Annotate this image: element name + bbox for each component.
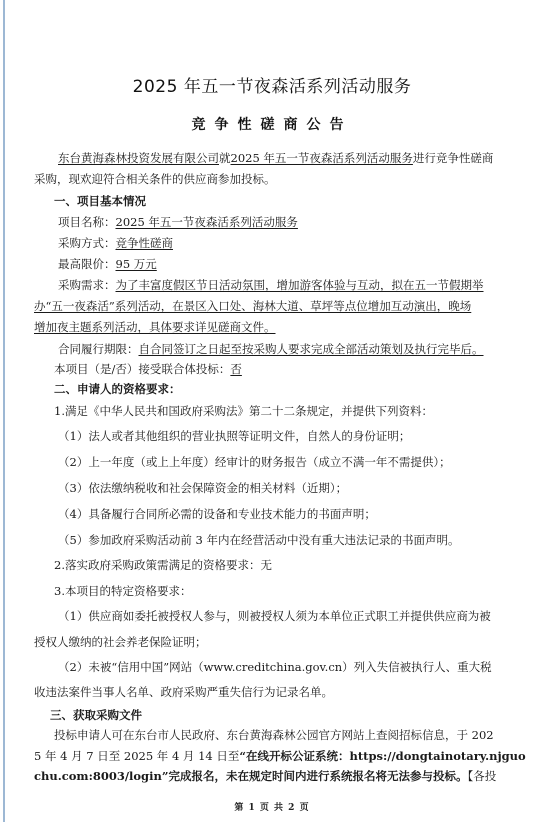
max-price-row: 最高限价：95 万元 bbox=[58, 256, 538, 272]
registration-dates: 5 年 4 月 7 日至 2025 年 4 月 14 日至 bbox=[34, 749, 239, 763]
document-title: 2025 年五一节夜森活系列活动服务 bbox=[0, 72, 544, 97]
requirement-value-3: 增加夜主题系列活动，具体要求详见磋商文件。 bbox=[34, 319, 514, 335]
procurement-method-row: 采购方式：竞争性磋商 bbox=[58, 235, 538, 251]
consortium-label: 本项目（是/否）接受联合体投标： bbox=[54, 362, 230, 376]
obtain-docs-line-2: 5 年 4 月 7 日至 2025 年 4 月 14 日至“在线开标公证系统：h… bbox=[34, 748, 514, 764]
obtain-docs-line-1: 投标申请人可在东台市人民政府、东台黄海森林公园官方网站上查阅招标信息，于 202 bbox=[54, 727, 534, 743]
requirement-value-2: 办“五一夜森活”系列活动，在景区入口处、海林大道、草坪等点位增加互动演出，晚场 bbox=[34, 298, 514, 314]
project-name-label: 项目名称： bbox=[58, 215, 116, 229]
consortium-row: 本项目（是/否）接受联合体投标：否 bbox=[54, 361, 534, 377]
intro-project-name: 2025 年五一节夜森活系列活动服务 bbox=[231, 151, 413, 165]
project-name-value: 2025 年五一节夜森活系列活动服务 bbox=[116, 215, 298, 229]
requirement-row: 采购需求：为了丰富度假区节日活动氛围，增加游客体验与互动，拟在五一节假期举 bbox=[58, 277, 538, 293]
purchaser-name: 东台黄海森林投资发展有限公司 bbox=[58, 151, 219, 165]
intro-line-1: 东台黄海森林投资发展有限公司就2025 年五一节夜森活系列活动服务进行竞争性磋商 bbox=[58, 150, 538, 166]
registration-system-url-part1[interactable]: “在线开标公证系统：https://dongtainotary.njguo bbox=[239, 749, 525, 763]
intro-tail: 进行竞争性磋商 bbox=[413, 151, 494, 165]
requirement-label: 采购需求： bbox=[58, 278, 116, 292]
procurement-method-label: 采购方式： bbox=[58, 236, 116, 250]
qualification-sub-item-5: （5）参加政府采购活动前 3 年内在经营活动中没有重大违法记录的书面声明。 bbox=[58, 532, 538, 548]
section-3-heading: 三、获取采购文件 bbox=[50, 707, 530, 723]
project-name-row: 项目名称：2025 年五一节夜森活系列活动服务 bbox=[58, 214, 538, 230]
intro-line-2: 采购，现欢迎符合相关条件的供应商参加投标。 bbox=[34, 171, 514, 187]
contract-period-value: 自合同签订之日起至按采购人要求完成全部活动策划及执行完毕后。 bbox=[139, 342, 484, 356]
specific-requirement-2-line-2: 收违法案件当事人名单、政府采购严重失信行为记录名单。 bbox=[34, 684, 514, 700]
download-note-start: 【各投 bbox=[467, 769, 496, 783]
section-2-heading: 二、申请人的资格要求： bbox=[54, 381, 534, 397]
qualification-item-3: 3.本项目的特定资格要求： bbox=[54, 583, 534, 599]
registration-system-url-part2[interactable]: chu.com:8003/login”完成报名，未在规定时间内进行系统报名将无法… bbox=[34, 769, 467, 783]
specific-requirement-2-line-1: （2）未被“信用中国”网站（www.creditchina.gov.cn）列入失… bbox=[58, 659, 538, 675]
intro-connector: 就 bbox=[219, 151, 231, 165]
max-price-value: 95 万元 bbox=[116, 257, 157, 271]
max-price-label: 最高限价： bbox=[58, 257, 116, 271]
requirement-value-1: 为了丰富度假区节日活动氛围，增加游客体验与互动，拟在五一节假期举 bbox=[116, 278, 484, 292]
qualification-item-1: 1.满足《中华人民共和国政府采购法》第二十二条规定，并提供下列资料： bbox=[54, 403, 534, 419]
contract-period-row: 合同履行期限：自合同签订之日起至按采购人要求完成全部活动策划及执行完毕后。 bbox=[58, 341, 538, 357]
document-subtitle: 竞争性磋商公告 bbox=[0, 114, 544, 134]
qualification-sub-item-3: （3）依法缴纳税收和社会保障资金的相关材料（近期）； bbox=[58, 480, 538, 496]
consortium-value: 否 bbox=[230, 362, 242, 376]
qualification-sub-item-4: （4）具备履行合同所必需的设备和专业技术能力的书面声明； bbox=[58, 506, 538, 522]
section-1-heading: 一、项目基本情况 bbox=[54, 193, 534, 209]
specific-requirement-1-line-2: 授权人缴纳的社会养老保险证明； bbox=[34, 634, 514, 650]
contract-period-label: 合同履行期限： bbox=[58, 342, 139, 356]
obtain-docs-line-3: chu.com:8003/login”完成报名，未在规定时间内进行系统报名将无法… bbox=[34, 768, 514, 784]
qualification-sub-item-1: （1）法人或者其他组织的营业执照等证明文件，自然人的身份证明； bbox=[58, 428, 538, 444]
qualification-item-2: 2.落实政府采购政策需满足的资格要求：无 bbox=[54, 557, 534, 573]
qualification-sub-item-2: （2）上一年度（或上上年度）经审计的财务报告（成立不满一年不需提供）； bbox=[58, 454, 538, 470]
page-indicator: 第 1 页 共 2 页 bbox=[0, 800, 544, 813]
document-page: 2025 年五一节夜森活系列活动服务 竞争性磋商公告 东台黄海森林投资发展有限公… bbox=[0, 0, 544, 822]
procurement-method-value: 竞争性磋商 bbox=[116, 236, 174, 250]
specific-requirement-1-line-1: （1）供应商如委托被授权人参与，则被授权人须为本单位正式职工并提供供应商为被 bbox=[58, 608, 538, 624]
